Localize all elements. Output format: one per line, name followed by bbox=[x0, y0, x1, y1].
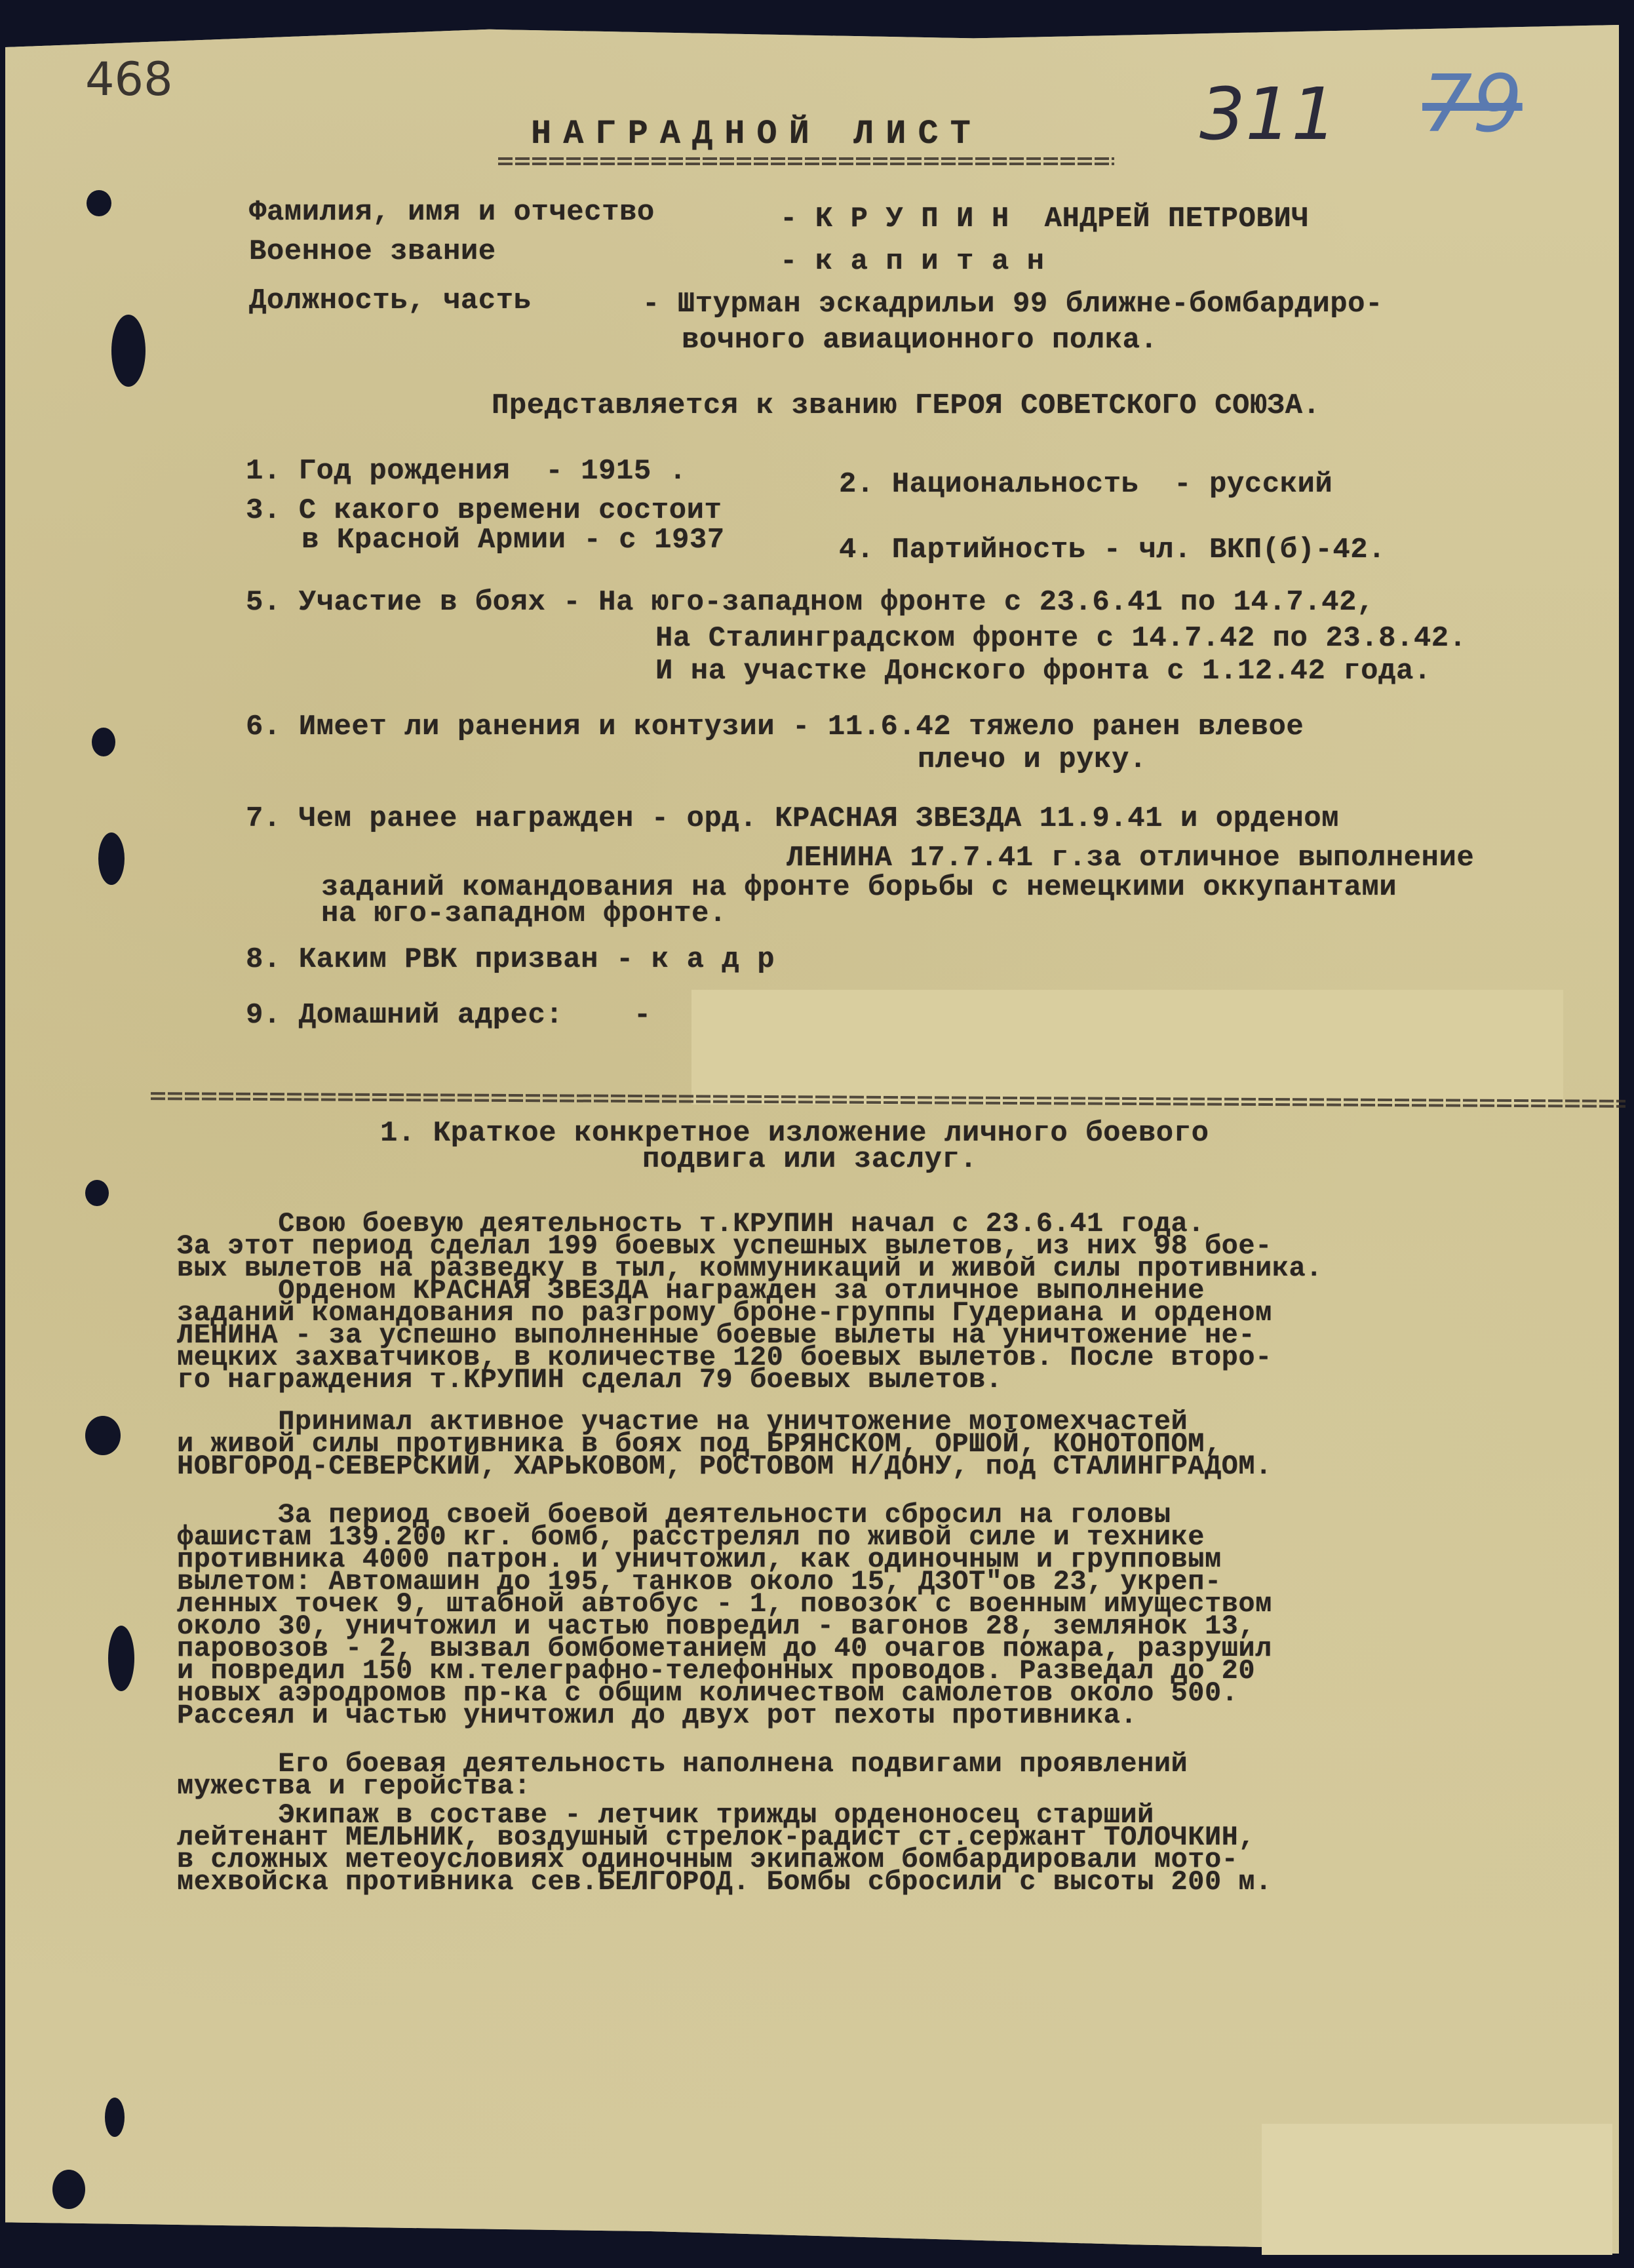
handwritten-number: 311 bbox=[1199, 72, 1337, 156]
item-awards-4: на юго-западном фронте. bbox=[321, 898, 727, 929]
binder-hole bbox=[105, 2098, 125, 2137]
body-line: мужества и геройства: bbox=[177, 1775, 1323, 1797]
item-battles-1: 5. Участие в боях - На юго-западном фрон… bbox=[246, 587, 1374, 618]
binder-hole bbox=[52, 2170, 85, 2209]
name-label: Фамилия, имя и отчество bbox=[249, 197, 655, 228]
position-value-2: вочного авиационного полка. bbox=[682, 324, 1157, 356]
body-line: го награждения т.КРУПИН сделал 79 боевых… bbox=[177, 1369, 1323, 1391]
position-value-1: - Штурман эскадрильи 99 ближне-бомбардир… bbox=[642, 288, 1383, 320]
body-line: мехвойска противника сев.БЕЛГОРОД. Бомбы… bbox=[177, 1871, 1323, 1893]
name-value: - К Р У П И Н АНДРЕЙ ПЕТРОВИЧ bbox=[780, 203, 1309, 235]
position-label: Должность, часть bbox=[249, 285, 531, 317]
paper-patch bbox=[1262, 2124, 1612, 2255]
body-line: НОВГОРОД-СЕВЕРСКИЙ, ХАРЬКОВОМ, РОСТОВОМ … bbox=[177, 1455, 1323, 1477]
rank-value: - к а п и т а н bbox=[780, 246, 1045, 277]
title-underline bbox=[498, 157, 1114, 165]
item-wounds-2: плечо и руку. bbox=[918, 744, 1147, 775]
item-battles-3: И на участке Донского фронта с 1.12.42 г… bbox=[655, 655, 1431, 687]
item-party: 4. Партийность - чл. ВКП(б)-42. bbox=[839, 534, 1386, 566]
item-home-address: 9. Домашний адрес: - bbox=[246, 1000, 652, 1031]
citation-body: Свою боевую деятельность т.КРУПИН начал … bbox=[177, 1213, 1323, 1893]
binder-hole bbox=[92, 728, 115, 756]
binder-hole bbox=[85, 1180, 109, 1206]
item-service-start-2: в Красной Армии - с 1937 bbox=[302, 524, 725, 556]
page-title: НАГРАДНОЙ ЛИСТ bbox=[531, 115, 982, 153]
item-awards-1: 7. Чем ранее награжден - орд. КРАСНАЯ ЗВ… bbox=[246, 803, 1339, 834]
item-awards-2: ЛЕНИНА 17.7.41 г.за отличное выполнение bbox=[787, 842, 1474, 874]
binder-hole bbox=[87, 190, 111, 216]
item-nationality: 2. Национальность - русский bbox=[839, 469, 1332, 500]
redacted-address bbox=[691, 990, 1563, 1105]
item-service-start-1: 3. С какого времени состоит bbox=[246, 495, 722, 526]
binder-hole bbox=[98, 832, 125, 885]
item-conscription: 8. Каким РВК призван - к а д р bbox=[246, 944, 775, 975]
binder-hole bbox=[85, 1416, 121, 1455]
body-line: Рассеял и частью уничтожил до двух рот п… bbox=[177, 1704, 1323, 1727]
item-battles-2: На Сталинградском фронте с 14.7.42 по 23… bbox=[655, 623, 1467, 654]
binder-hole bbox=[111, 315, 146, 387]
rank-label: Военное звание bbox=[249, 236, 496, 267]
nomination: Представляется к званию ГЕРОЯ СОВЕТСКОГО… bbox=[492, 390, 1321, 421]
sheet-number: 468 bbox=[85, 52, 173, 106]
section-heading-2: подвига или заслуг. bbox=[642, 1144, 977, 1175]
binder-hole bbox=[108, 1626, 134, 1691]
crossed-number: 79 bbox=[1422, 59, 1523, 150]
item-wounds-1: 6. Имеет ли ранения и контузии - 11.6.42… bbox=[246, 711, 1304, 743]
item-birth-year: 1. Год рождения - 1915 . bbox=[246, 456, 687, 487]
